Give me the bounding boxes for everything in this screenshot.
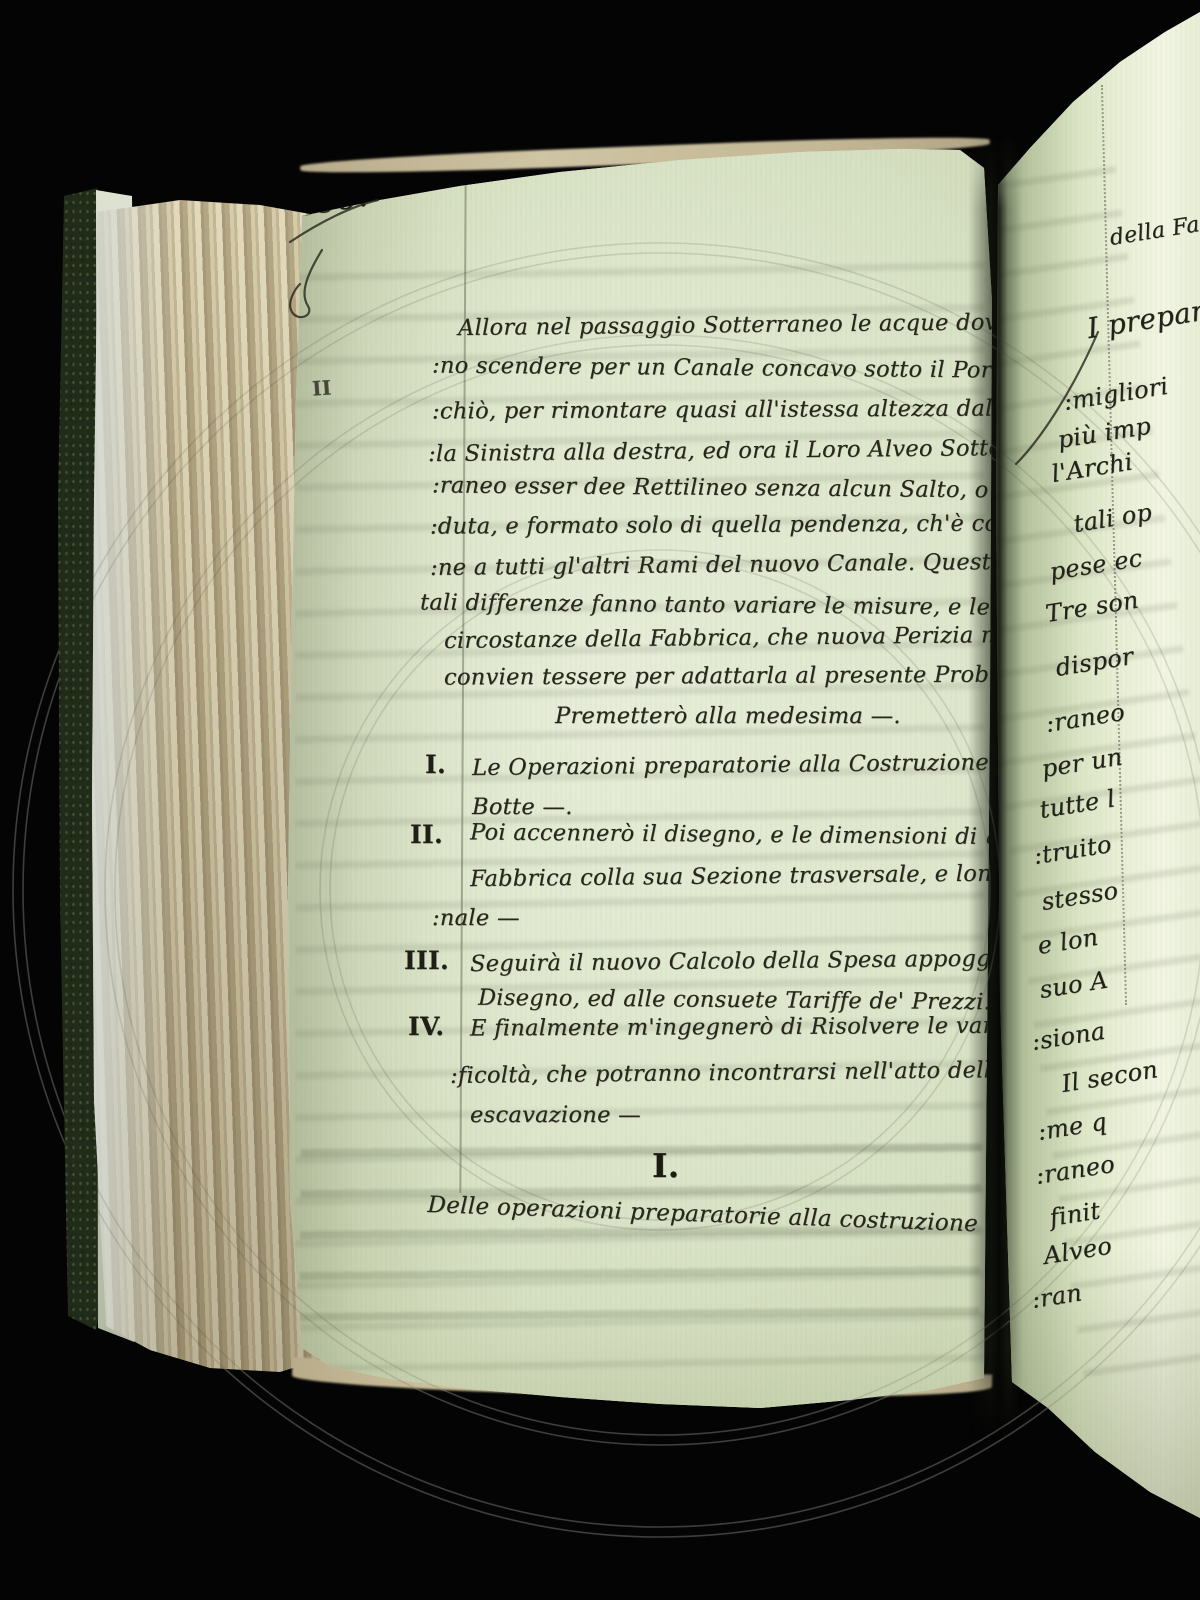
- manuscript-line: :ne a tutti gl'altri Rami del nuovo Cana…: [430, 549, 1005, 581]
- list-item-line: Disegno, ed alle consuete Tariffe de' Pr…: [478, 985, 991, 1015]
- list-numeral-1: I.: [425, 750, 446, 779]
- right-page-fragment: finit: [1048, 1196, 1103, 1232]
- manuscript-line: convien tessere per adattarla al present…: [444, 661, 1053, 690]
- manuscript-line: :no scendere per un Canale concavo sotto…: [432, 353, 1000, 384]
- right-page-fragment: stesso: [1040, 876, 1120, 916]
- right-page-fragment: :raneo: [1044, 698, 1127, 738]
- list-numeral-2: II.: [410, 820, 443, 849]
- right-page-fragment: :raneo: [1034, 1150, 1117, 1190]
- right-page-fragment: :migliori: [1062, 372, 1171, 416]
- list-item-line: escavazione —: [470, 1102, 641, 1128]
- manuscript-line: tali differenze fanno tanto variare le m…: [420, 590, 990, 621]
- manuscript-photo: 158. II Allora nel passaggio Sotterraneo…: [0, 0, 1200, 1600]
- right-page-fragment: :truito: [1032, 830, 1114, 870]
- list-numeral-3: III.: [404, 946, 449, 975]
- page-number: 158.: [294, 179, 371, 225]
- right-page-fragment: Il secon: [1060, 1055, 1160, 1098]
- right-page-fragment: pese ec: [1048, 544, 1145, 586]
- list-item-line: Le Operazioni preparatorie alla Costruzi…: [472, 749, 1054, 781]
- list-item-line: Botte —.: [472, 794, 573, 820]
- right-page-fragment: dispor: [1054, 642, 1136, 682]
- section-heading-numeral: I.: [652, 1146, 680, 1185]
- margin-note: II: [311, 375, 332, 400]
- right-page-fragment: tutte l: [1038, 784, 1117, 824]
- premise-line: Premetterò alla medesima —.: [555, 703, 901, 729]
- right-page-fragment: suo A: [1038, 966, 1110, 1004]
- bleedthrough-texture-bottom: [299, 1127, 981, 1348]
- list-item-line: :ficoltà, che potranno incontrarsi nell'…: [450, 1057, 1005, 1089]
- right-page-fragment: della Fab: [1108, 210, 1200, 251]
- right-page-fragment: Tre son: [1044, 586, 1141, 628]
- right-page-fragment: I prepara: [1085, 291, 1200, 345]
- manuscript-line: circostanze della Fabbrica, che nuova Pe…: [444, 622, 1010, 654]
- manuscript-line: :raneo esser dee Rettilineo senza alcun …: [432, 472, 1035, 503]
- list-numeral-4: IV.: [408, 1012, 444, 1041]
- section-heading-title: Delle operazioni preparatorie alla costr…: [427, 1192, 978, 1237]
- right-page-fragment: più imp: [1056, 412, 1153, 454]
- right-page-fragment: :ran: [1030, 1278, 1084, 1314]
- right-page-fragment: Alveo: [1042, 1232, 1114, 1270]
- manuscript-line: :la Sinistra alla destra, ed ora il Loro…: [428, 435, 1021, 467]
- manuscript-line: :duta, e formato solo di quella pendenza…: [430, 510, 1043, 539]
- right-page-fragment: per un: [1040, 743, 1125, 783]
- manuscript-line: Allora nel passaggio Sotterraneo le acqu…: [458, 309, 1046, 341]
- right-page-fragment: :me q: [1036, 1107, 1109, 1146]
- right-page-fragment: :siona: [1030, 1017, 1108, 1056]
- right-page-fragment: e lon: [1036, 923, 1101, 960]
- right-page-fragment: tali op: [1072, 498, 1154, 538]
- manuscript-line: :chiò, per rimontare quasi all'istessa a…: [432, 396, 1001, 425]
- gutter-shadow: [968, 130, 1022, 1440]
- list-item-line: :nale —: [432, 905, 520, 931]
